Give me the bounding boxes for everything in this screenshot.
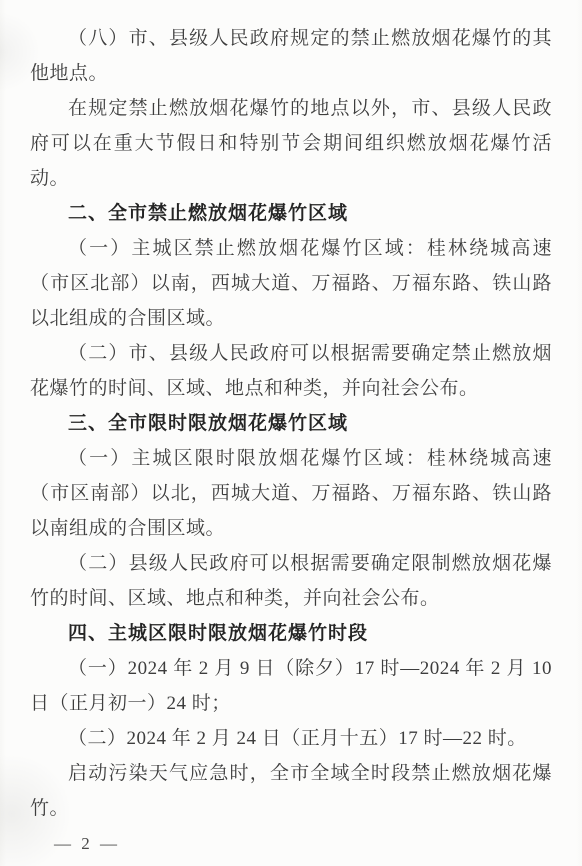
paragraph: 启动污染天气应急时，全市全域全时段禁止燃放烟花爆竹。 bbox=[30, 756, 552, 826]
section-heading: 三、全市限时限放烟花爆竹区域 bbox=[30, 406, 552, 441]
page-number: — 2 — bbox=[54, 834, 120, 854]
section-heading: 二、全市禁止燃放烟花爆竹区域 bbox=[30, 196, 552, 231]
section-heading: 四、主城区限时限放烟花爆竹时段 bbox=[30, 616, 552, 651]
paragraph: （一）2024 年 2 月 9 日（除夕）17 时—2024 年 2 月 10 … bbox=[30, 651, 552, 721]
paragraph: （一）主城区限时限放烟花爆竹区域：桂林绕城高速（市区南部）以北，西城大道、万福路… bbox=[30, 441, 552, 546]
paragraph: （二）县级人民政府可以根据需要确定限制燃放烟花爆竹的时间、区域、地点和种类，并向… bbox=[30, 546, 552, 616]
paragraph: 在规定禁止燃放烟花爆竹的地点以外，市、县级人民政府可以在重大节假日和特别节会期间… bbox=[30, 91, 552, 196]
paragraph: （二）市、县级人民政府可以根据需要确定禁止燃放烟花爆竹的时间、区域、地点和种类，… bbox=[30, 336, 552, 406]
document-page: （八）市、县级人民政府规定的禁止燃放烟花爆竹的其他地点。 在规定禁止燃放烟花爆竹… bbox=[0, 0, 582, 866]
paragraph: （二）2024 年 2 月 24 日（正月十五）17 时—22 时。 bbox=[30, 721, 552, 756]
paragraph: （一）主城区禁止燃放烟花爆竹区域：桂林绕城高速（市区北部）以南，西城大道、万福路… bbox=[30, 231, 552, 336]
document-body: （八）市、县级人民政府规定的禁止燃放烟花爆竹的其他地点。 在规定禁止燃放烟花爆竹… bbox=[30, 21, 552, 826]
paragraph: （八）市、县级人民政府规定的禁止燃放烟花爆竹的其他地点。 bbox=[30, 21, 552, 91]
